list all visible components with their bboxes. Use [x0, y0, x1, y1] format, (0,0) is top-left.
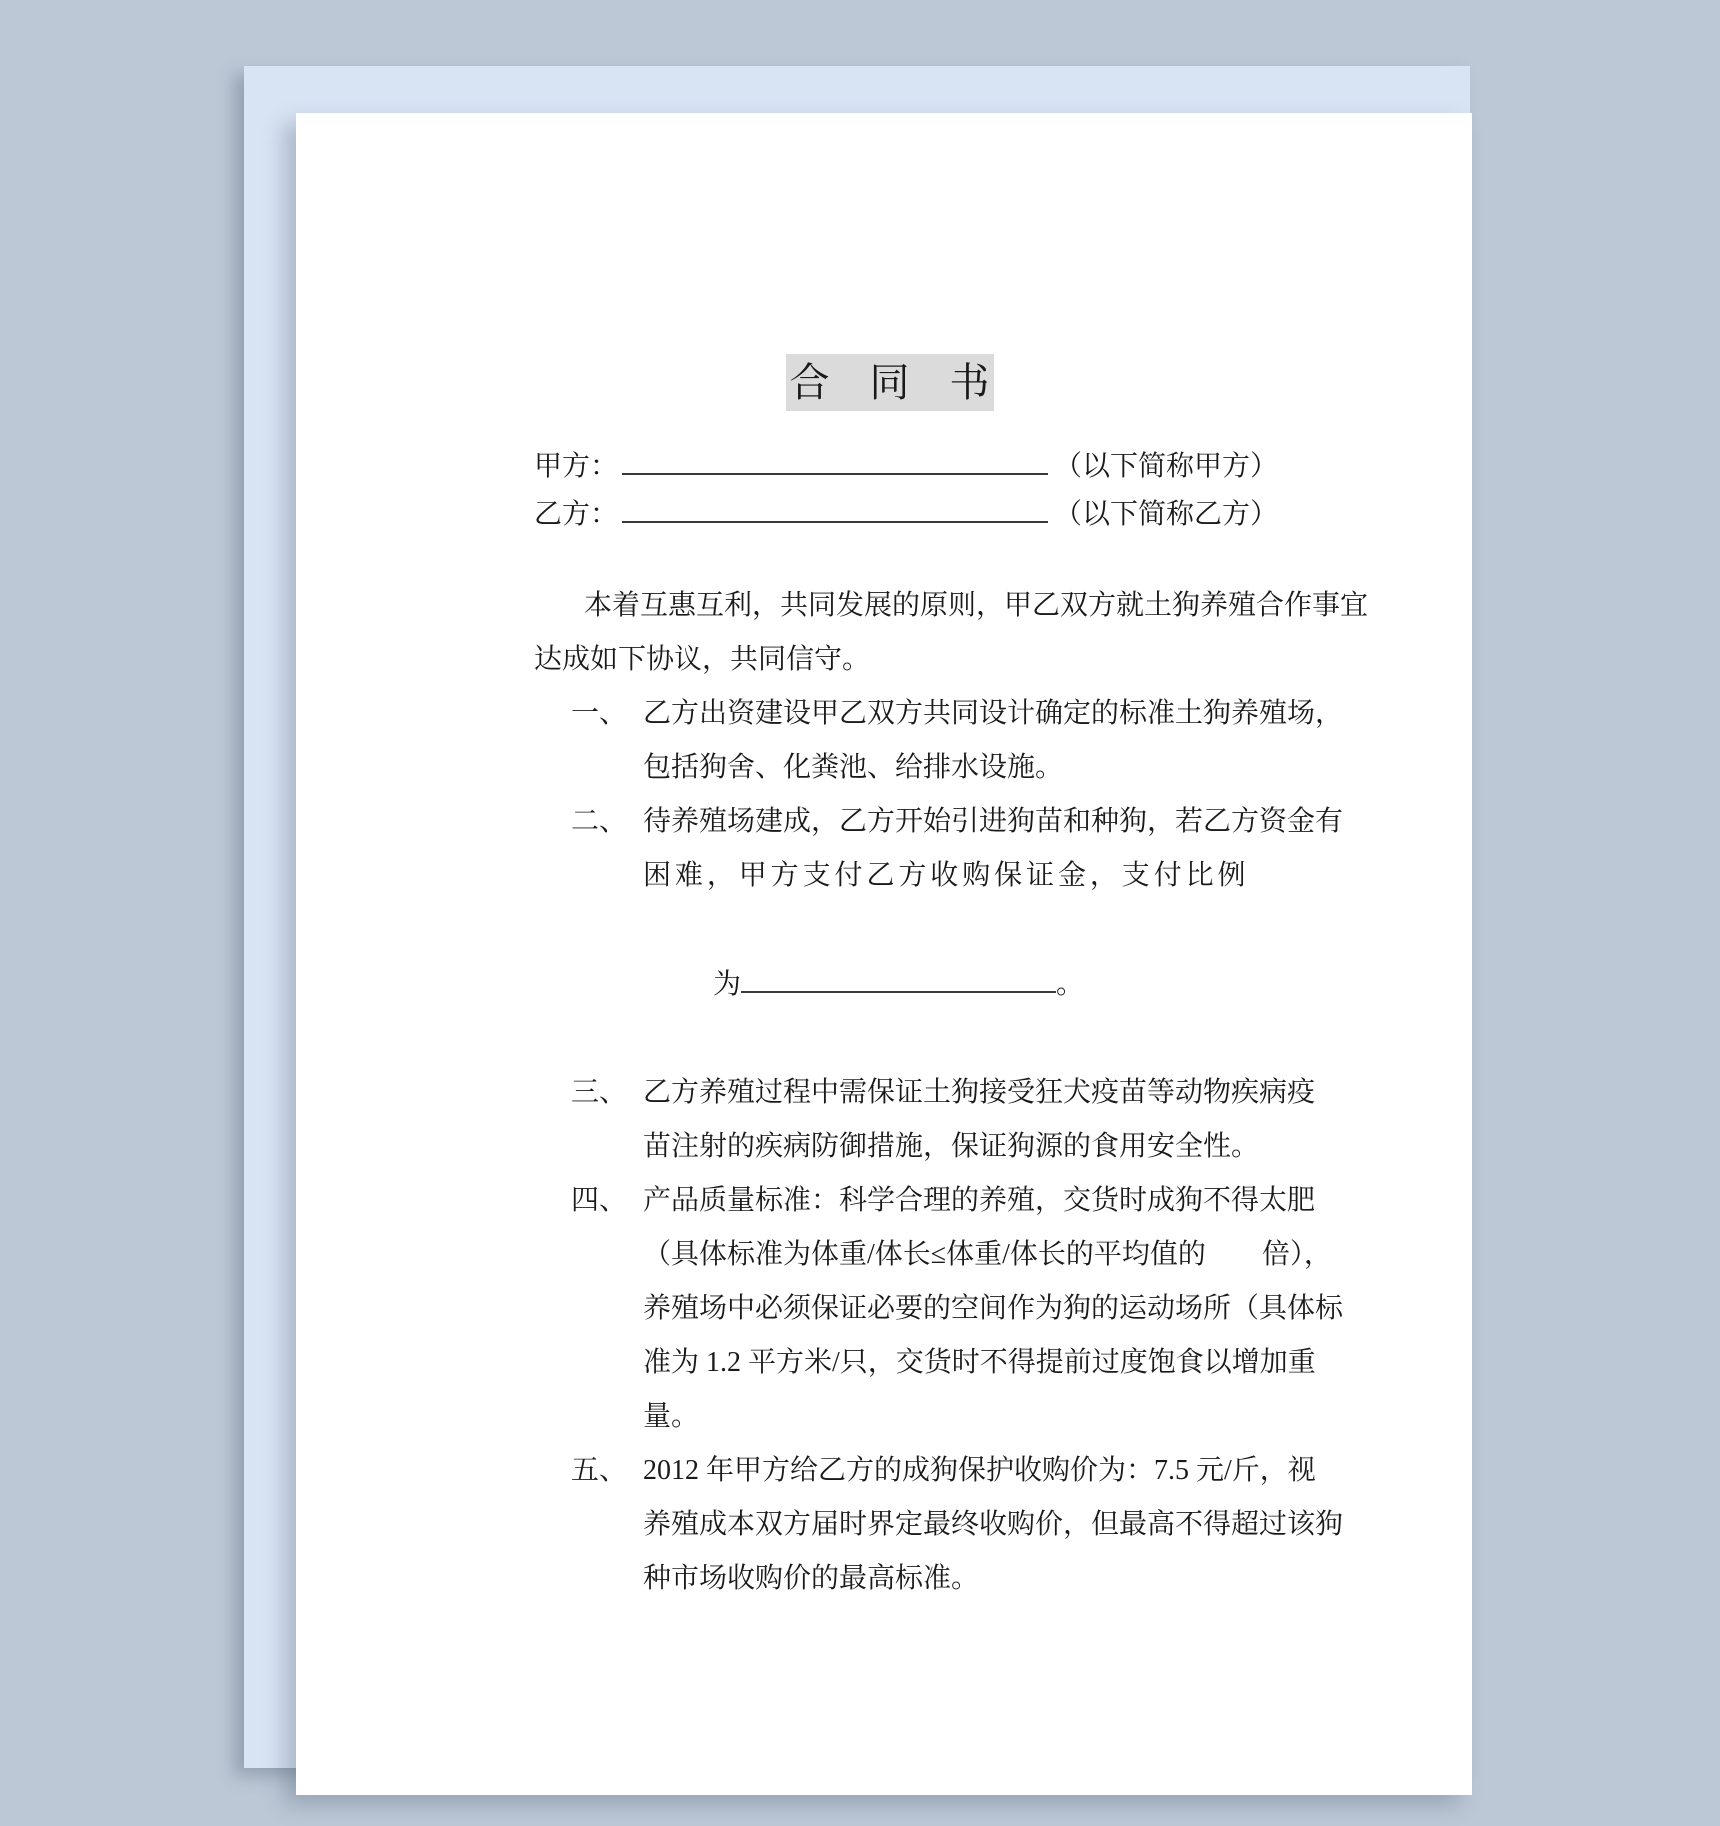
clause-line: 养殖成本双方届时界定最终收购价，但最高不得超过该狗	[643, 1498, 1245, 1552]
party-a-suffix: （以下简称甲方）	[1054, 451, 1278, 482]
contract-page: 合 同 书 甲方：（以下简称甲方） 乙方：（以下简称乙方） 本着互惠互利，共同发…	[296, 113, 1472, 1795]
clause-3-number: 三、	[534, 1066, 643, 1174]
intro-line: 本着互惠互利，共同发展的原则，甲乙双方就土狗养殖合作事宜	[534, 579, 1245, 633]
clause-5-text: 2012 年甲方给乙方的成狗保护收购价为：7.5 元/斤，视 养殖成本双方届时界…	[643, 1444, 1245, 1606]
title-row: 合 同 书	[534, 113, 1245, 411]
party-a-blank	[622, 439, 1048, 475]
party-block: 甲方：（以下简称甲方） 乙方：（以下简称乙方）	[534, 439, 1245, 535]
clause-line: 量。	[643, 1390, 1245, 1444]
clause-line: 2012 年甲方给乙方的成狗保护收购价为：7.5 元/斤，视	[643, 1444, 1245, 1498]
clause-4: 四、 产品质量标准：科学合理的养殖，交货时成狗不得太肥 （具体标准为体重/体长≤…	[534, 1174, 1245, 1444]
clause-1-number: 一、	[534, 687, 643, 795]
clause-2-number: 二、	[534, 795, 643, 1066]
clause-line: 乙方出资建设甲乙双方共同设计确定的标准土狗养殖场，	[643, 687, 1245, 741]
clause-line: 养殖场中必须保证必要的空间作为狗的运动场所（具体标	[643, 1282, 1245, 1336]
party-a-line: 甲方：（以下简称甲方）	[534, 439, 1245, 487]
party-b-label: 乙方：	[534, 499, 618, 530]
clause-line: 产品质量标准：科学合理的养殖，交货时成狗不得太肥	[643, 1174, 1245, 1228]
ratio-blank	[741, 957, 1056, 993]
clause-4-text: 产品质量标准：科学合理的养殖，交货时成狗不得太肥 （具体标准为体重/体长≤体重/…	[643, 1174, 1245, 1444]
contract-body: 本着互惠互利，共同发展的原则，甲乙双方就土狗养殖合作事宜 达成如下协议，共同信守…	[534, 579, 1245, 1606]
clause-line: 待养殖场建成，乙方开始引进狗苗和种狗，若乙方资金有	[643, 795, 1245, 849]
clause-line: （具体标准为体重/体长≤体重/体长的平均值的 倍），	[643, 1228, 1245, 1282]
clause-line: 准为 1.2 平方米/只，交货时不得提前过度饱食以增加重	[643, 1336, 1245, 1390]
clause-line: 包括狗舍、化粪池、给排水设施。	[643, 741, 1245, 795]
party-b-blank	[622, 487, 1048, 523]
clause-5: 五、 2012 年甲方给乙方的成狗保护收购价为：7.5 元/斤，视 养殖成本双方…	[534, 1444, 1245, 1606]
clause-1: 一、 乙方出资建设甲乙双方共同设计确定的标准土狗养殖场， 包括狗舍、化粪池、给排…	[534, 687, 1245, 795]
desktop-background: { "document": { "title": "合 同 书", "party…	[0, 0, 1720, 1826]
clause-2-text: 待养殖场建成，乙方开始引进狗苗和种狗，若乙方资金有 困难，甲方支付乙方收购保证金…	[643, 795, 1245, 1066]
ratio-blank-suffix: 。	[1056, 969, 1084, 1000]
clause-blank-line: 为。	[643, 903, 1245, 1066]
party-a-label: 甲方：	[534, 451, 618, 482]
clause-3: 三、 乙方养殖过程中需保证土狗接受狂犬疫苗等动物疾病疫 苗注射的疾病防御措施，保…	[534, 1066, 1245, 1174]
ratio-blank-prefix: 为	[713, 969, 741, 1000]
clause-5-number: 五、	[534, 1444, 643, 1606]
clause-line: 苗注射的疾病防御措施，保证狗源的食用安全性。	[643, 1120, 1245, 1174]
clause-line: 种市场收购价的最高标准。	[643, 1552, 1245, 1606]
party-b-suffix: （以下简称乙方）	[1054, 499, 1278, 530]
intro-line: 达成如下协议，共同信守。	[534, 633, 1245, 687]
clause-3-text: 乙方养殖过程中需保证土狗接受狂犬疫苗等动物疾病疫 苗注射的疾病防御措施，保证狗源…	[643, 1066, 1245, 1174]
party-b-line: 乙方：（以下简称乙方）	[534, 487, 1245, 535]
document-title: 合 同 书	[786, 354, 994, 411]
clause-line: 困难，甲方支付乙方收购保证金，支付比例	[643, 849, 1245, 903]
clause-2: 二、 待养殖场建成，乙方开始引进狗苗和种狗，若乙方资金有 困难，甲方支付乙方收购…	[534, 795, 1245, 1066]
clause-1-text: 乙方出资建设甲乙双方共同设计确定的标准土狗养殖场， 包括狗舍、化粪池、给排水设施…	[643, 687, 1245, 795]
clause-4-number: 四、	[534, 1174, 643, 1444]
clause-line: 乙方养殖过程中需保证土狗接受狂犬疫苗等动物疾病疫	[643, 1066, 1245, 1120]
intro-paragraph: 本着互惠互利，共同发展的原则，甲乙双方就土狗养殖合作事宜 达成如下协议，共同信守…	[534, 579, 1245, 687]
